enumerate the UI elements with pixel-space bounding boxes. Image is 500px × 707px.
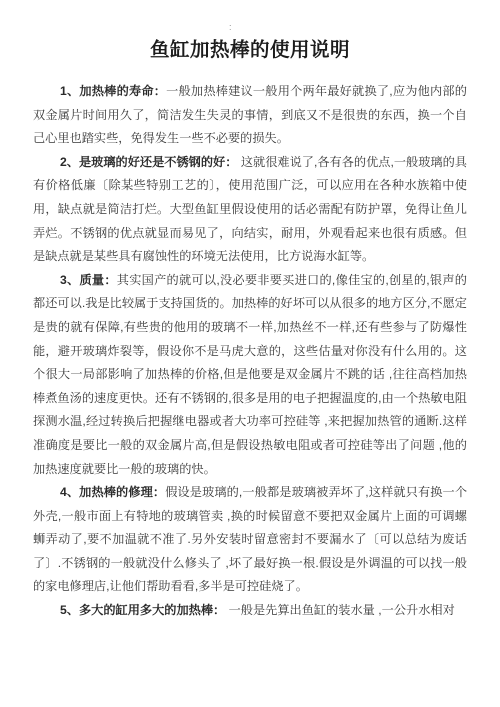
paragraph-repair-heading: 4、加热棒的修理： <box>60 485 165 499</box>
paragraph-sizing: 5、多大的缸用多大的加热棒： 一般是先算出鱼缸的装水量 ,一公升水相对 <box>33 599 467 623</box>
paragraph-sizing-heading: 5、多大的缸用多大的加热棒： <box>60 603 225 617</box>
paragraph-glass-vs-steel-heading: 2、是玻璃的好还是不锈钢的好： <box>60 155 237 169</box>
paragraph-repair: 4、加热棒的修理：假设是玻璃的,一般都是玻璃被弄坏了,这样就只有换一个外壳,一般… <box>33 481 467 599</box>
paragraph-glass-vs-steel: 2、是玻璃的好还是不锈钢的好： 这就很难说了,各有各的优点,一般玻璃的具有价格低… <box>33 151 467 269</box>
document-page: : 鱼缸加热棒的使用说明 1、加热棒的寿命：一般加热棒建议一般用个两年最好就换了… <box>0 0 500 707</box>
paragraph-lifespan-heading: 1、加热棒的寿命： <box>60 84 166 98</box>
page-title: 鱼缸加热棒的使用说明 <box>0 34 500 62</box>
paragraph-sizing-text: 一般是先算出鱼缸的装水量 ,一公升水相对 <box>225 603 455 617</box>
paragraph-quality-text: 其实国产的就可以,没必要非要买进口的,像佳宝的,创星的,银声的都还可以.我是比较… <box>33 273 467 476</box>
paragraph-lifespan: 1、加热棒的寿命：一般加热棒建议一般用个两年最好就换了,应为他内部的双金属片时间… <box>33 80 467 151</box>
paragraph-glass-vs-steel-text: 这就很难说了,各有各的优点,一般玻璃的具有价格低廉〔除某些特别工艺的〕，使用范围… <box>33 155 467 263</box>
paragraph-quality-heading: 3、质量： <box>60 273 117 287</box>
header-mark: : <box>229 23 232 32</box>
paragraph-repair-text: 假设是玻璃的,一般都是玻璃被弄坏了,这样就只有换一个外壳,一般市面上有特地的玻璃… <box>33 485 467 593</box>
paragraph-quality: 3、质量：其实国产的就可以,没必要非要买进口的,像佳宝的,创星的,银声的都还可以… <box>33 269 467 481</box>
document-body: 1、加热棒的寿命：一般加热棒建议一般用个两年最好就换了,应为他内部的双金属片时间… <box>33 80 467 623</box>
